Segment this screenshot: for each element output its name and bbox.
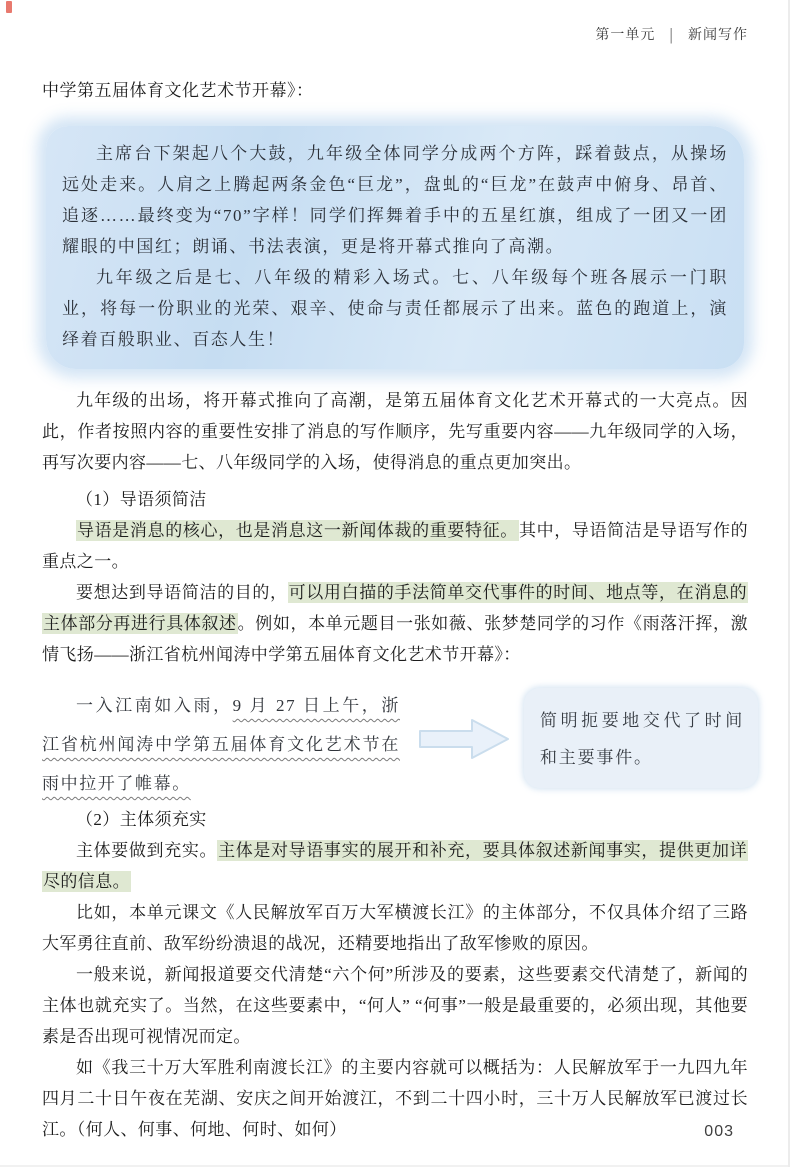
page-number: 003 <box>704 1123 734 1141</box>
analysis-opening-paragraph: 九年级的出场，将开幕式推向了高潮，是第五届体育文化艺术开幕式的一大亮点。因此，作… <box>42 385 748 478</box>
annotation-callout-box: 简明扼要地交代了时间和主要事件。 <box>524 688 758 788</box>
unit-label: 第一单元 <box>595 24 655 44</box>
lead-plain-text: 一入江南如入雨， <box>76 696 233 715</box>
point1-heading: （1）导语须简洁 <box>42 484 748 515</box>
red-corner-mark <box>6 1 12 13</box>
point2-definition-paragraph: 主体要做到充实。主体是对导语事实的展开和补充，要具体叙述新闻事实，提供更加详尽的… <box>42 835 748 897</box>
example-annotation-row: 一入江南如入雨，9 月 27 日上午，浙江省杭州闻涛中学第五届体育文化艺术节在雨… <box>42 686 748 804</box>
intro-line: 中学第五届体育文化艺术节开幕》： <box>42 78 748 104</box>
point2-elements-paragraph: 一般来说，新闻报道要交代清楚“六个何”所涉及的要素，这些要素交代清楚了，新闻的主… <box>42 959 748 1052</box>
quote-paragraph: 九年级之后是七、八年级的精彩入场式。七、八年级每个班各展示一门职业，将每一份职业… <box>62 262 728 355</box>
point2-summary-paragraph: 如《我三十万大军胜利南渡长江》的主要内容就可以概括为：人民解放军于一九四九年四月… <box>42 1052 748 1145</box>
point2-example-paragraph: 比如，本单元课文《人民解放军百万大军横渡长江》的主体部分，不仅具体介绍了三路大军… <box>42 897 748 959</box>
header-divider: | <box>669 24 674 43</box>
callout-text: 简明扼要地交代了时间和主要事件。 <box>540 702 744 776</box>
point2-heading: （2）主体须充实 <box>42 804 748 835</box>
arrow-right-icon <box>418 716 510 762</box>
point1-method-paragraph: 要想达到导语简洁的目的，可以用白描的手法简单交代事件的时间、地点等，在消息的主体… <box>42 577 748 670</box>
textbook-page: 第一单元 | 新闻写作 中学第五届体育文化艺术节开幕》： 主席台下架起八个大鼓，… <box>0 0 790 1167</box>
page-header: 第一单元 | 新闻写作 <box>595 24 748 44</box>
quote-paragraph: 主席台下架起八个大鼓，九年级全体同学分成两个方阵，踩着鼓点，从操场远处走来。人肩… <box>62 138 728 262</box>
example-lead-text: 一入江南如入雨，9 月 27 日上午，浙江省杭州闻涛中学第五届体育文化艺术节在雨… <box>42 686 400 803</box>
section-label: 新闻写作 <box>688 24 748 44</box>
method-intro-text: 要想达到导语简洁的目的， <box>76 583 288 602</box>
point1-definition-paragraph: 导语是消息的核心，也是消息这一新闻体裁的重要特征。其中，导语简洁是导语写作的重点… <box>42 515 748 577</box>
student-article-quote-block: 主席台下架起八个大鼓，九年级全体同学分成两个方阵，踩着鼓点，从操场远处走来。人肩… <box>46 126 744 369</box>
lead-definition-highlight: 导语是消息的核心，也是消息这一新闻体裁的重要特征。 <box>76 520 519 541</box>
body-definition-intro: 主体要做到充实。 <box>76 841 217 860</box>
